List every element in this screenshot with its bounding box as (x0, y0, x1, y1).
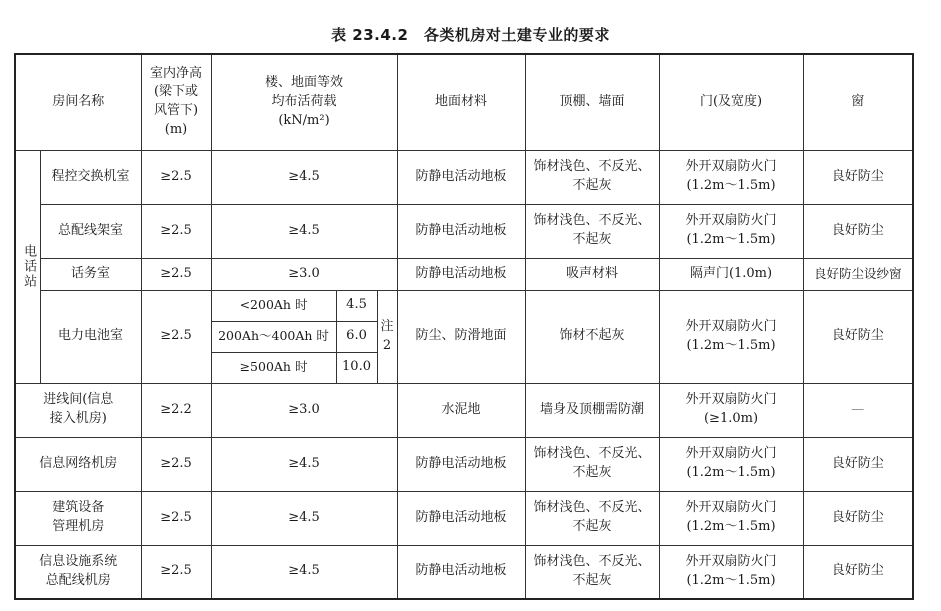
load-subvalue: 10.0 (336, 352, 377, 383)
window-spec: 良好防尘 (803, 150, 913, 204)
load-subvalue: 6.0 (336, 321, 377, 352)
table-row: 话务室 ≥2.5 ≥3.0 防静电活动地板 吸声材料 隔声门(1.0m) 良好防… (15, 258, 913, 290)
group-label: 电话站 (15, 150, 40, 383)
floor-material: 水泥地 (397, 383, 525, 437)
floor-material: 防静电活动地板 (397, 491, 525, 545)
table-row: 总配线架室 ≥2.5 ≥4.5 防静电活动地板 饰材浅色、不反光、不起灰 外开双… (15, 204, 913, 258)
room-name: 建筑设备管理机房 (15, 491, 141, 545)
room-name: 信息设施系统总配线机房 (15, 545, 141, 599)
header-load: 楼、地面等效均布活荷载(kN/m²) (211, 54, 397, 150)
load-subvalue: 4.5 (336, 290, 377, 321)
load-value: ≥3.0 (211, 383, 397, 437)
floor-material: 防静电活动地板 (397, 545, 525, 599)
window-spec: 良好防尘 (803, 491, 913, 545)
load-value: ≥4.5 (211, 491, 397, 545)
table-row: 信息网络机房 ≥2.5 ≥4.5 防静电活动地板 饰材浅色、不反光、不起灰 外开… (15, 437, 913, 491)
header-floor: 地面材料 (397, 54, 525, 150)
note-ref: 注2 (377, 290, 397, 383)
door-spec: 隔声门(1.0m) (659, 258, 803, 290)
header-ceiling: 顶棚、墙面 (525, 54, 659, 150)
header-door: 门(及宽度) (659, 54, 803, 150)
table-row: 电力电池室 ≥2.5 <200Ah 时 4.5 注2 防尘、防滑地面 饰材不起灰… (15, 290, 913, 321)
height-value: ≥2.5 (141, 204, 211, 258)
load-condition: <200Ah 时 (211, 290, 336, 321)
room-name: 信息网络机房 (15, 437, 141, 491)
table-row: 进线间(信息接入机房) ≥2.2 ≥3.0 水泥地 墙身及顶棚需防潮 外开双扇防… (15, 383, 913, 437)
window-spec: — (803, 383, 913, 437)
floor-material: 防静电活动地板 (397, 258, 525, 290)
load-value: ≥3.0 (211, 258, 397, 290)
header-room: 房间名称 (15, 54, 141, 150)
height-value: ≥2.5 (141, 437, 211, 491)
table-row: 信息设施系统总配线机房 ≥2.5 ≥4.5 防静电活动地板 饰材浅色、不反光、不… (15, 545, 913, 599)
load-value: ≥4.5 (211, 437, 397, 491)
machine-room-requirements-table: 房间名称 室内净高(梁下或风管下)(m) 楼、地面等效均布活荷载(kN/m²) … (14, 53, 914, 600)
floor-material: 防尘、防滑地面 (397, 290, 525, 383)
height-value: ≥2.5 (141, 491, 211, 545)
floor-material: 防静电活动地板 (397, 204, 525, 258)
door-spec: 外开双扇防火门(1.2m～1.5m) (659, 204, 803, 258)
load-value: ≥4.5 (211, 204, 397, 258)
door-spec: 外开双扇防火门(1.2m～1.5m) (659, 545, 803, 599)
window-spec: 良好防尘设纱窗 (803, 258, 913, 290)
ceiling-wall: 饰材浅色、不反光、不起灰 (525, 545, 659, 599)
header-row: 房间名称 室内净高(梁下或风管下)(m) 楼、地面等效均布活荷载(kN/m²) … (15, 54, 913, 150)
window-spec: 良好防尘 (803, 437, 913, 491)
ceiling-wall: 墙身及顶棚需防潮 (525, 383, 659, 437)
ceiling-wall: 饰材浅色、不反光、不起灰 (525, 204, 659, 258)
height-value: ≥2.2 (141, 383, 211, 437)
room-name: 程控交换机室 (40, 150, 141, 204)
ceiling-wall: 饰材浅色、不反光、不起灰 (525, 150, 659, 204)
ceiling-wall: 吸声材料 (525, 258, 659, 290)
floor-material: 防静电活动地板 (397, 150, 525, 204)
door-spec: 外开双扇防火门(1.2m～1.5m) (659, 491, 803, 545)
table-row: 建筑设备管理机房 ≥2.5 ≥4.5 防静电活动地板 饰材浅色、不反光、不起灰 … (15, 491, 913, 545)
floor-material: 防静电活动地板 (397, 437, 525, 491)
load-value: ≥4.5 (211, 150, 397, 204)
height-value: ≥2.5 (141, 290, 211, 383)
header-height: 室内净高(梁下或风管下)(m) (141, 54, 211, 150)
window-spec: 良好防尘 (803, 290, 913, 383)
height-value: ≥2.5 (141, 150, 211, 204)
ceiling-wall: 饰材浅色、不反光、不起灰 (525, 491, 659, 545)
door-spec: 外开双扇防火门(1.2m～1.5m) (659, 290, 803, 383)
room-name: 电力电池室 (40, 290, 141, 383)
header-window: 窗 (803, 54, 913, 150)
load-condition: 200Ah～400Ah 时 (211, 321, 336, 352)
room-name: 总配线架室 (40, 204, 141, 258)
ceiling-wall: 饰材浅色、不反光、不起灰 (525, 437, 659, 491)
room-name: 话务室 (40, 258, 141, 290)
window-spec: 良好防尘 (803, 545, 913, 599)
window-spec: 良好防尘 (803, 204, 913, 258)
table-title: 表 23.4.2 各类机房对土建专业的要求 (0, 24, 941, 45)
room-name: 进线间(信息接入机房) (15, 383, 141, 437)
table-row: 电话站 程控交换机室 ≥2.5 ≥4.5 防静电活动地板 饰材浅色、不反光、不起… (15, 150, 913, 204)
height-value: ≥2.5 (141, 258, 211, 290)
ceiling-wall: 饰材不起灰 (525, 290, 659, 383)
load-condition: ≥500Ah 时 (211, 352, 336, 383)
load-value: ≥4.5 (211, 545, 397, 599)
door-spec: 外开双扇防火门(1.2m～1.5m) (659, 150, 803, 204)
door-spec: 外开双扇防火门(≥1.0m) (659, 383, 803, 437)
door-spec: 外开双扇防火门(1.2m～1.5m) (659, 437, 803, 491)
height-value: ≥2.5 (141, 545, 211, 599)
